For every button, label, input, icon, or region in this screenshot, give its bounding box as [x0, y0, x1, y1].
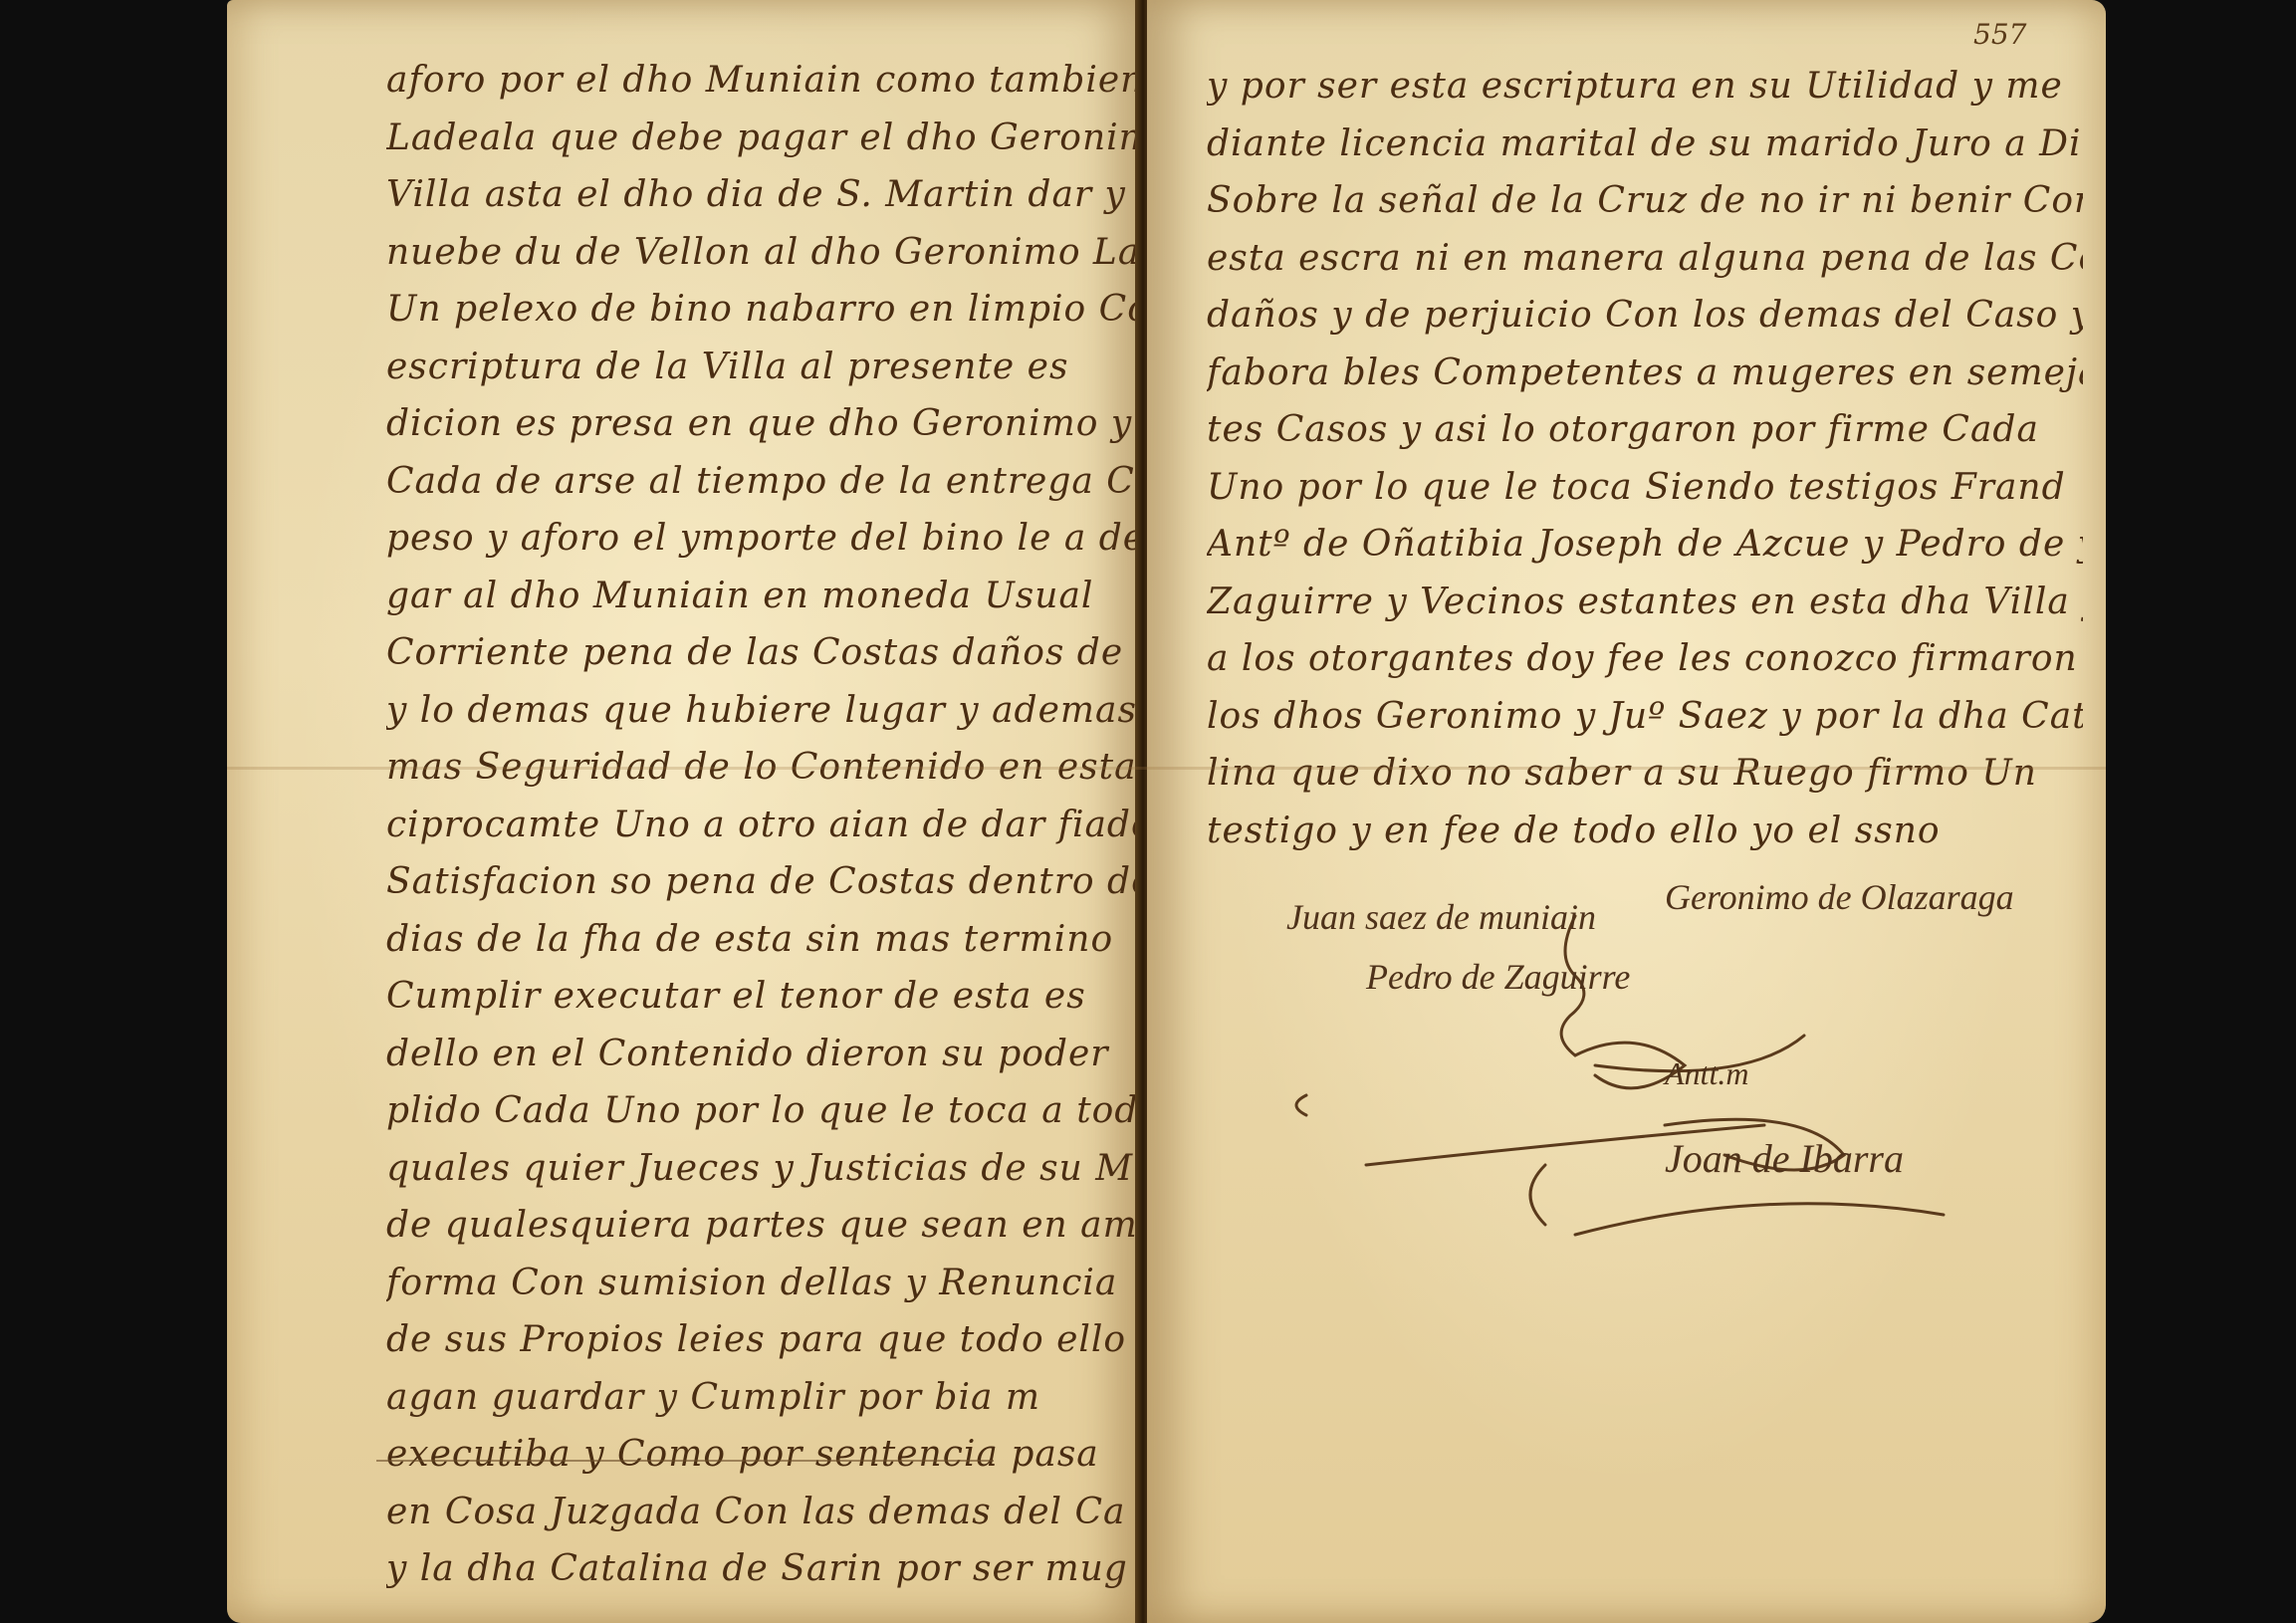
text-line: y lo demas que hubiere lugar y ademas [386, 682, 1143, 740]
text-line: dias de la fha de esta sin mas termino [386, 911, 1143, 969]
text-line: Un pelexo de bino nabarro en limpio Conf… [386, 281, 1143, 339]
text-line: y por ser esta escriptura en su Utilidad… [1207, 58, 2083, 116]
text-line: Cada de arse al tiempo de la entrega Con… [386, 453, 1143, 511]
text-line: Villa asta el dho dia de S. Martin dar y… [386, 166, 1143, 224]
text-line: lina que dixo no saber a su Ruego firmo … [1207, 745, 2083, 803]
folio-number: 557 [1973, 18, 2026, 51]
page-fold-line [227, 767, 2106, 770]
text-line: Cumplir executar el tenor de esta es [386, 968, 1143, 1026]
text-line: Satisfacion so pena de Costas dentro de [386, 853, 1143, 911]
text-line: daños y de perjuicio Con los demas del C… [1207, 287, 2083, 345]
text-line: de qualesquiera partes que sean en am [386, 1197, 1143, 1255]
text-line: aforo por el dho Muniain como tambien pa… [386, 52, 1143, 110]
text-line: diante licencia marital de su marido Jur… [1207, 116, 2083, 173]
signature-notary: Joan de Ibarra [1665, 1135, 1904, 1182]
closing-rule [376, 1460, 994, 1462]
signature-juan-saez: Juan saez de muniain [1286, 896, 1596, 938]
text-line: Sobre la señal de la Cruz de no ir ni be… [1207, 172, 2083, 230]
text-line: agan guardar y Cumplir por bia m [386, 1369, 1143, 1427]
text-line: quales quier Jueces y Justicias de su M [386, 1140, 1143, 1198]
text-line: a los otorgantes doy fee les conozco fir… [1207, 630, 2083, 688]
text-line: forma Con sumision dellas y Renuncia [386, 1255, 1143, 1312]
text-line: los dhos Geronimo y Juº Saez y por la dh… [1207, 688, 2083, 746]
signature-antonio: Antt.m [1665, 1055, 1748, 1092]
text-line: y la dha Catalina de Sarin por ser mug [386, 1540, 1143, 1598]
left-page: aforo por el dho Muniain como tambien pa… [227, 0, 1143, 1623]
text-line: ciprocamte Uno a otro aian de dar fiador [386, 797, 1143, 854]
text-line: Antº de Oñatibia Joseph de Azcue y Pedro… [1207, 516, 2083, 574]
text-line: plido Cada Uno por lo que le toca a toda [386, 1082, 1143, 1140]
text-line: Ladeala que debe pagar el dho Geronimo a [386, 110, 1143, 167]
text-line: peso y aforo el ymporte del bino le a de… [386, 510, 1143, 568]
signature-pedro-zaguirre: Pedro de Zaguirre [1366, 956, 1630, 998]
text-line: tes Casos y asi lo otorgaron por firme C… [1207, 401, 2083, 459]
text-line: executiba y Como por sentencia pasa [386, 1426, 1143, 1484]
text-line: de sus Propios leies para que todo ello [386, 1311, 1143, 1369]
right-page: 557 y por ser esta escriptura en su Util… [1147, 0, 2106, 1623]
text-line: nuebe du de Vellon al dho Geronimo Lader [386, 224, 1143, 282]
text-line: testigo y en fee de todo ello yo el ssno [1207, 803, 2083, 860]
signature-geronimo: Geronimo de Olazaraga [1665, 876, 2014, 918]
text-line: fabora bles Competentes a mugeres en sem… [1207, 345, 2083, 402]
text-line: Zaguirre y Vecinos estantes en esta dha … [1207, 574, 2083, 631]
text-line: dello en el Contenido dieron su poder [386, 1026, 1143, 1083]
text-line: Corriente pena de las Costas daños de te… [386, 624, 1143, 682]
text-line: dicion es presa en que dho Geronimo y Su… [386, 395, 1143, 453]
signature-block: Juan saez de muniain Geronimo de Olazara… [1247, 856, 2063, 1275]
right-page-text: y por ser esta escriptura en su Utilidad… [1207, 58, 2083, 859]
text-line: Uno por lo que le toca Siendo testigos F… [1207, 459, 2083, 517]
text-line: gar al dho Muniain en moneda Usual [386, 568, 1143, 625]
text-line: en Cosa Juzgada Con las demas del Ca [386, 1484, 1143, 1541]
text-line: esta escra ni en manera alguna pena de l… [1207, 230, 2083, 288]
text-line: escriptura de la Villa al presente es [386, 339, 1143, 396]
left-page-text: aforo por el dho Muniain como tambien pa… [386, 52, 1143, 1598]
